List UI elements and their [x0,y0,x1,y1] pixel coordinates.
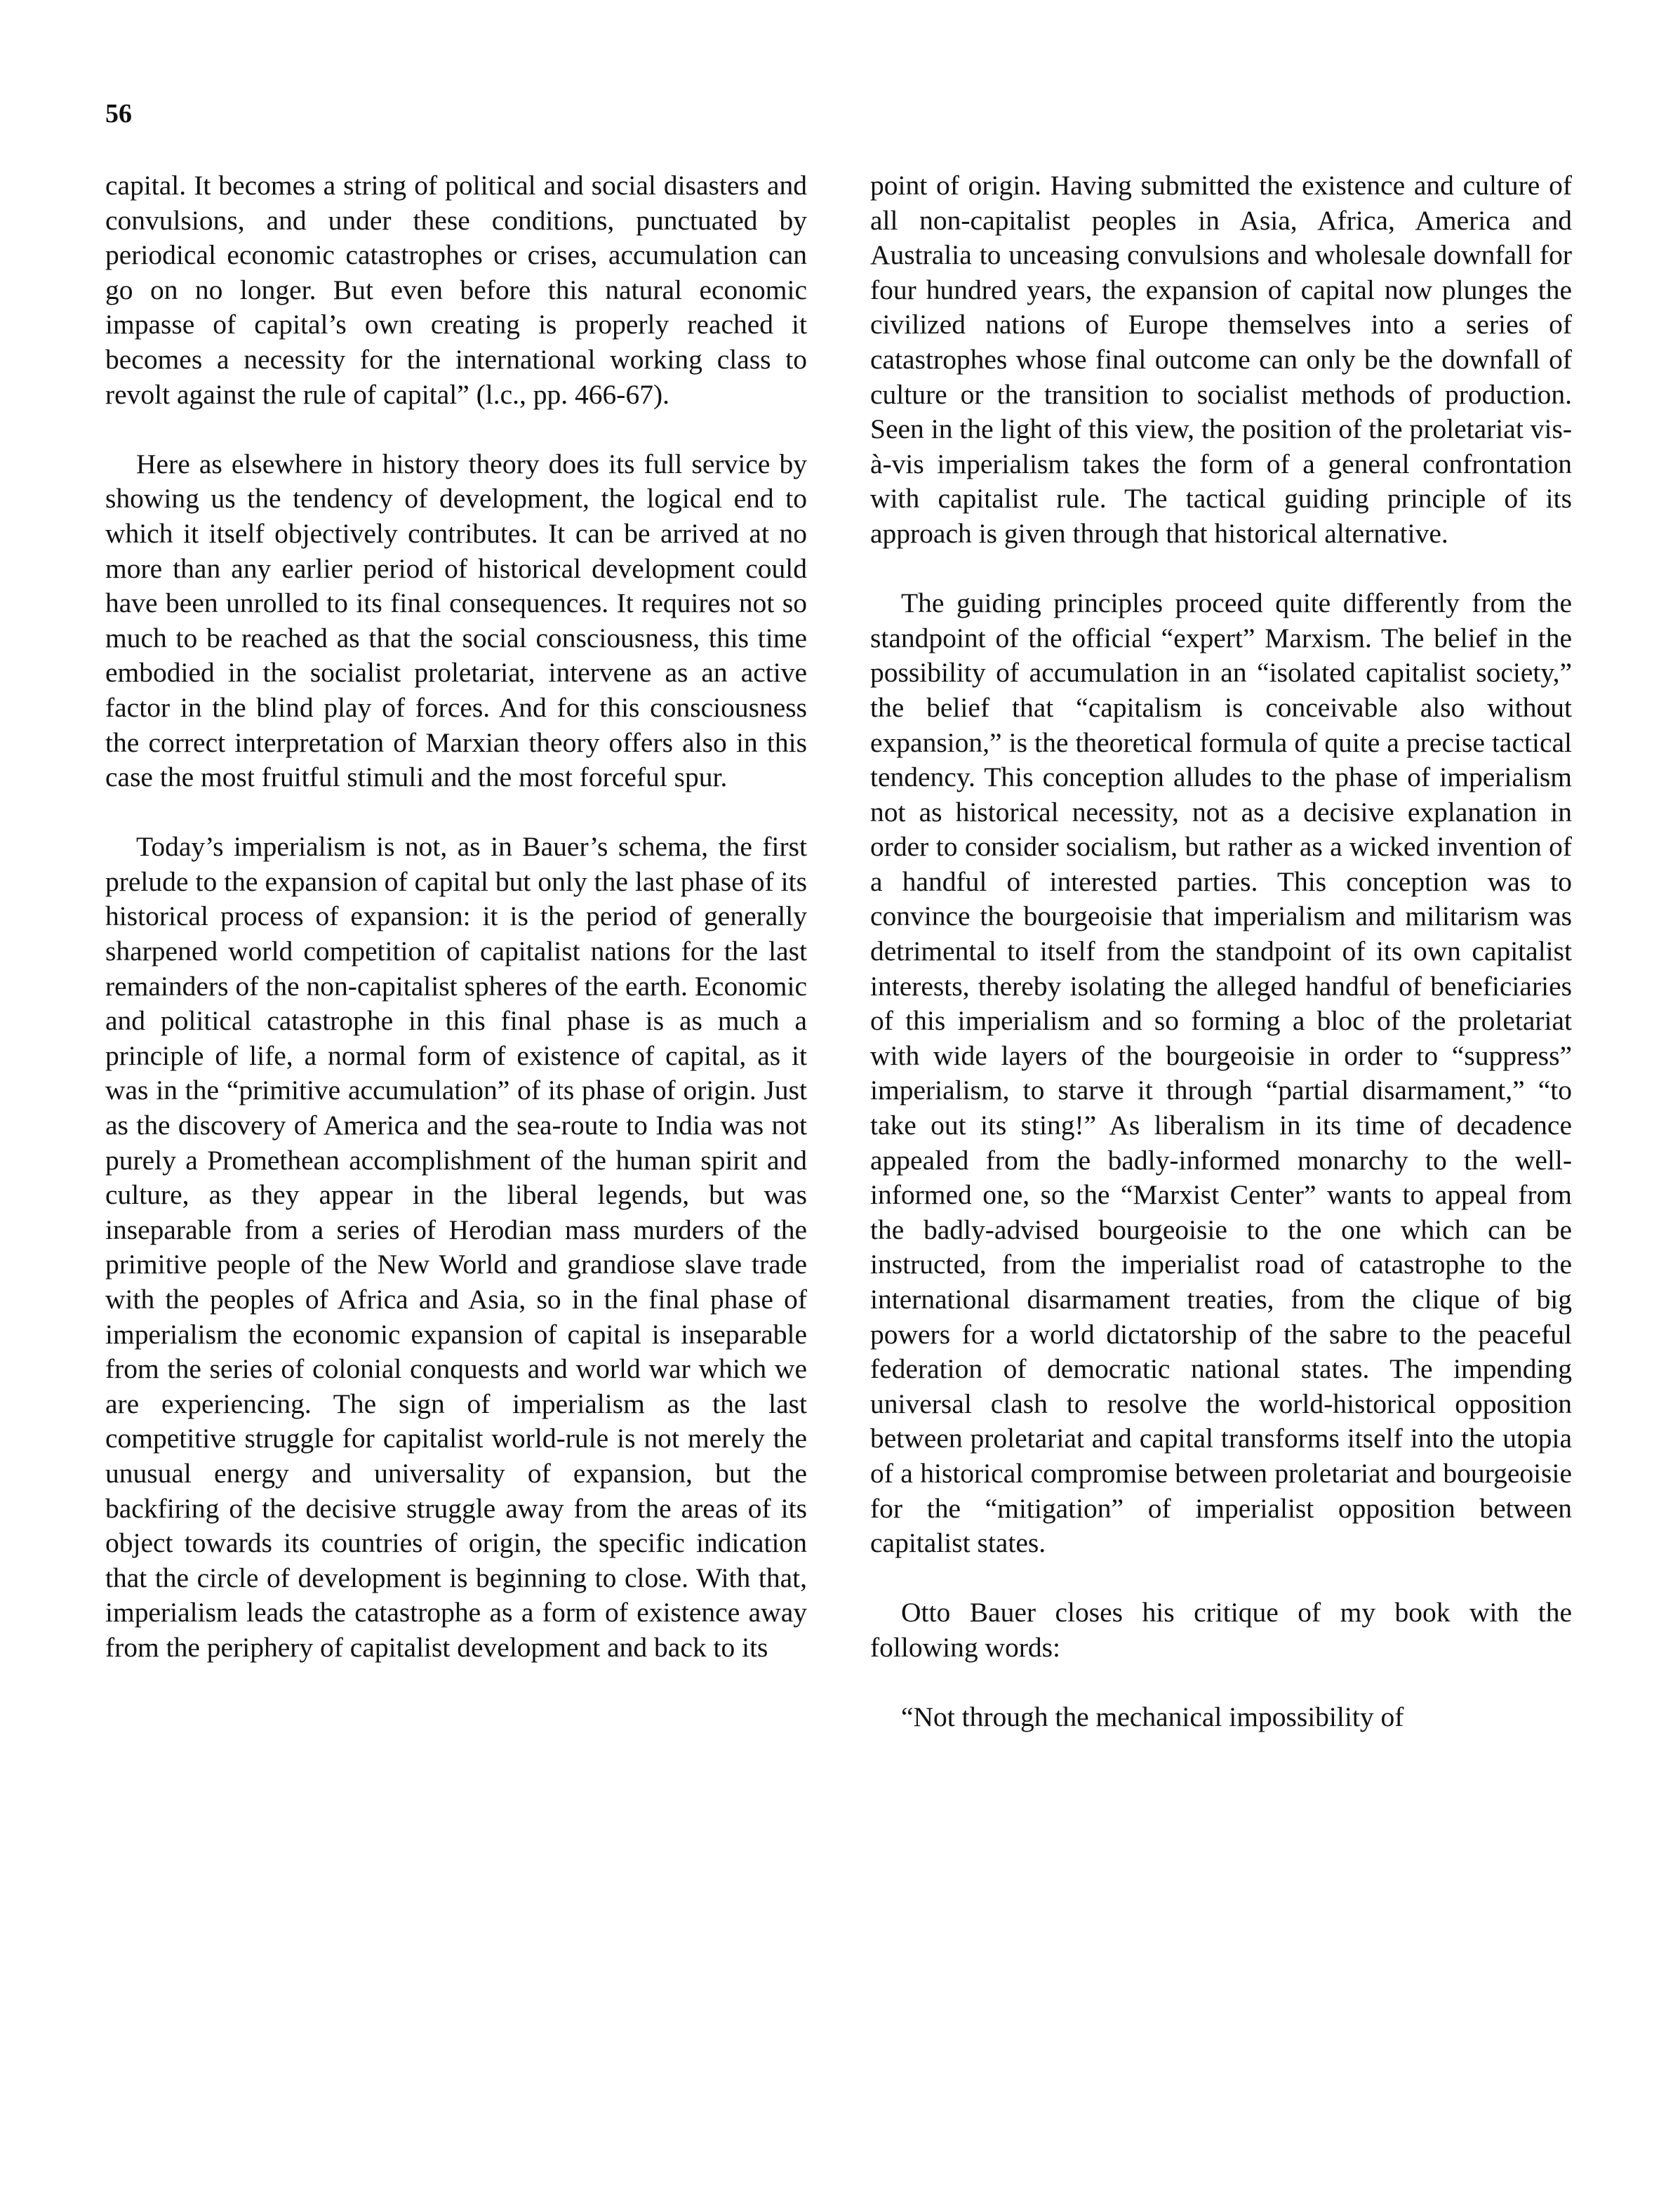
paragraph-guiding-principles: The guiding principles proceed quite dif… [870,586,1572,1561]
left-column: capital. It becomes a string of politica… [105,168,807,1700]
paragraph-todays-imperialism: Today’s imperialism is not, as in Bauer’… [105,830,807,1665]
paragraph-quote-continuation: capital. It becomes a string of politica… [105,168,807,412]
paragraph-point-of-origin: point of origin. Having submitted the ex… [870,168,1572,552]
paragraph-history-theory: Here as elsewhere in history theory does… [105,447,807,795]
paragraph-otto-bauer: Otto Bauer closes his critique of my boo… [870,1595,1572,1665]
paragraph-quote-start: “Not through the mechanical impossibilit… [870,1700,1572,1735]
right-column: point of origin. Having submitted the ex… [870,168,1572,1770]
page-number: 56 [105,98,132,129]
